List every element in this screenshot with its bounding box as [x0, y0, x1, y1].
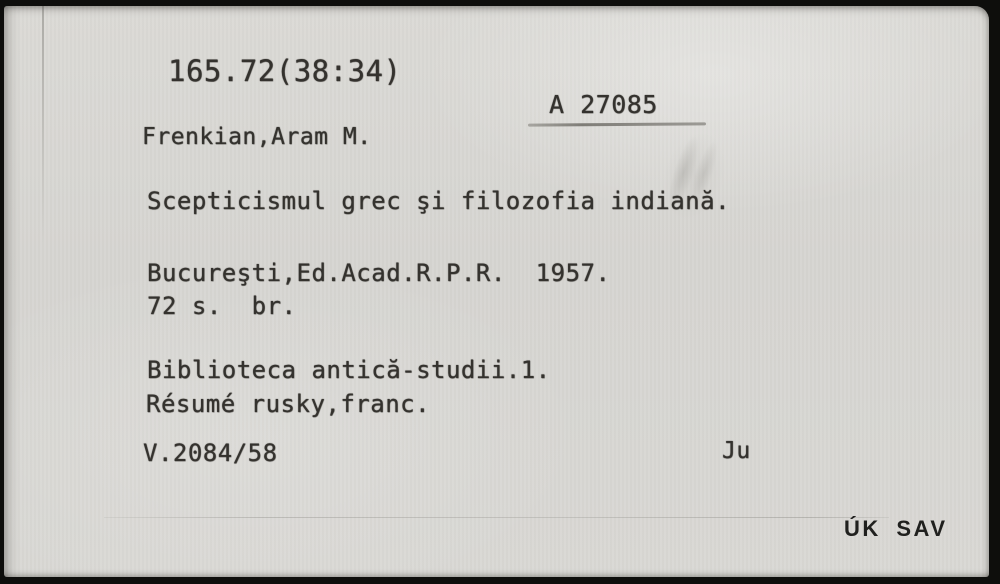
imprint-line: Bucureşti,Ed.Acad.R.P.R. 1957.	[147, 259, 610, 287]
book-title: Scepticismul grec şi filozofia indiană.	[147, 187, 730, 215]
library-stamp: ÚK SAV	[844, 516, 948, 542]
collation-line: 72 s. br.	[147, 292, 297, 320]
inventory-number: V.2084/58	[143, 439, 278, 467]
card-edge-crease	[42, 6, 44, 246]
accession-number: A 27085	[549, 90, 658, 119]
author-heading: Frenkian,Aram M.	[142, 124, 372, 150]
language-note: Résumé rusky,franc.	[146, 390, 430, 418]
printed-rule-line	[104, 517, 889, 518]
classification-number: 165.72(38:34)	[168, 54, 401, 88]
scan-background: 165.72(38:34) A 27085 Frenkian,Aram M. S…	[0, 0, 1000, 584]
series-note: Biblioteca antică-studii.1.	[147, 356, 551, 384]
library-catalog-card: 165.72(38:34) A 27085 Frenkian,Aram M. S…	[4, 6, 989, 577]
cataloguer-initials: Ju	[722, 438, 751, 464]
